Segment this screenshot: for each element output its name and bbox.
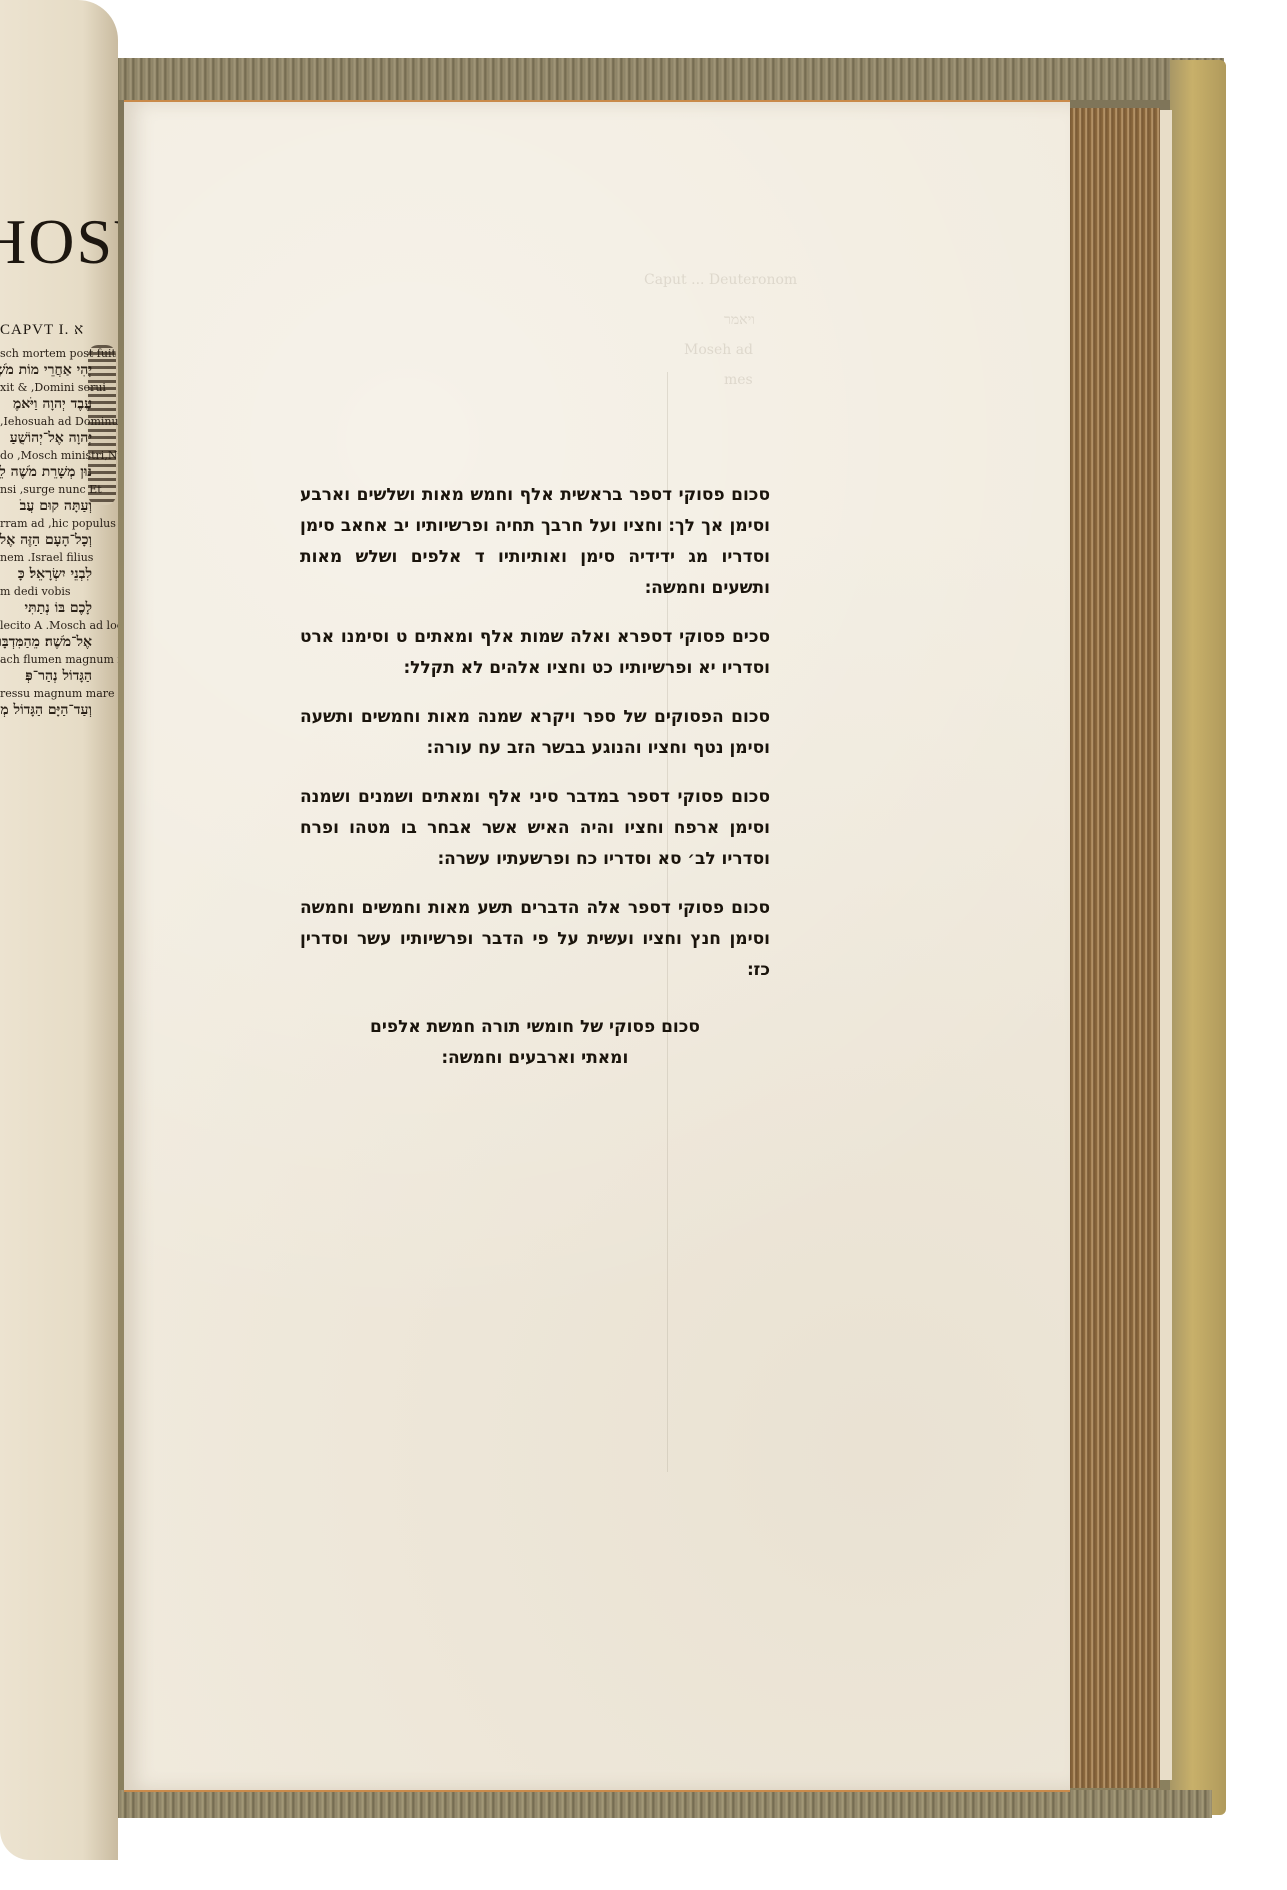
latin-line: nem .Israel filius — [0, 549, 92, 566]
text-line: סכום הפסוקים של ספר ויקרא שמנה מאות וחמש… — [361, 707, 770, 727]
hebrew-line: וְעַד־הַיָּם הַגָּדוֹל מְבוֹא — [0, 702, 92, 719]
hebrew-line: לִבְנֵי יִשְׂרָאֵל׃ כָּ — [0, 566, 92, 583]
bleed-through-mark: Moseh ad — [684, 342, 753, 358]
bleed-through-mark: mes — [724, 372, 753, 388]
endpaper-edge — [1160, 110, 1172, 1780]
page-fore-edge — [1070, 108, 1160, 1788]
hebrew-line: נוּן מְשָׁרֵת מֹשֶׁה לֵאמֹ — [0, 464, 92, 481]
hebrew-line: לָכֶם בּוֹ נְתַתִּי — [0, 600, 92, 617]
left-facing-page: HOSVA CAPVT I. א sch mortem post fuit יְ… — [0, 0, 118, 1860]
masoretic-summary: סכום פסוקי דספר בראשית אלף וחמש מאות ושל… — [300, 480, 770, 1092]
hebrew-line: הַגָּדוֹל נְהַר־פְּ — [0, 668, 92, 685]
latin-line: do ,Mosch ministri,Nun — [0, 447, 92, 464]
latin-line: m dedi vobis — [0, 583, 92, 600]
paragraph-genesis: סכום פסוקי דספר בראשית אלף וחמש מאות ושל… — [300, 480, 770, 604]
text-line: ומאתי וארבעים וחמשה׃ — [442, 1048, 629, 1068]
bilingual-text-column: sch mortem post fuit יְהִי אַחֲרֵי מוֹת … — [0, 345, 92, 719]
book-title-fragment: HOSVA — [0, 205, 118, 279]
latin-line: ressu magnum mare ad vsque & Con — [0, 685, 92, 702]
bleed-through-mark: ויאמר — [724, 312, 755, 329]
book-bottom-edge — [112, 1790, 1212, 1818]
latin-line: nsi ,surge nunc Et — [0, 481, 92, 498]
book-top-edge — [112, 58, 1224, 100]
latin-line: xit & ,Domini serui — [0, 379, 92, 396]
latin-line: ,Iehosuah ad Dominus — [0, 413, 92, 430]
bleed-through-header: Caput ... Deuteronom — [644, 272, 797, 288]
hebrew-line: אֶל־מֹשֶׁה׃ מֵהַמִּדְבָּר — [0, 634, 92, 651]
latin-line: lecito A .Mosch ad locutus — [0, 617, 92, 634]
hebrew-line: יְהוָה אֶל־יְהוֹשֻׁעַ — [0, 430, 92, 447]
paragraph-numbers: סכום פסוקי דספר במדבר סיני אלף ומאתים וש… — [300, 782, 770, 875]
paragraph-torah-total: סכום פסוקי של חומשי תורה חמשת אלפים ומאת… — [300, 1012, 770, 1074]
text-line: סכום פסוקי דספר בראשית אלף וחמש מאות ושל… — [357, 485, 770, 505]
text-line: סכום פסוקי דספר במדבר סיני אלף ומאתים וש… — [358, 787, 770, 807]
text-line: סכום פסוקי של חומשי תורה חמשת אלפים — [370, 1017, 700, 1037]
hebrew-line: עֶבֶד יְהוָה וַיֹּאמֶ — [0, 396, 92, 413]
text-line: סכים פסוקי דספרא ואלה שמות אלף ומאתים ט … — [341, 627, 770, 647]
latin-line: rram ad ,hic populus omnis — [0, 515, 92, 532]
latin-line: sch mortem post fuit — [0, 345, 92, 362]
latin-line: ach flumen magnum flumenaid — [0, 651, 92, 668]
text-line: סכום פסוקי דספר אלה הדברים תשע מאות וחמש… — [361, 898, 770, 918]
paragraph-deuteronomy: סכום פסוקי דספר אלה הדברים תשע מאות וחמש… — [300, 893, 770, 986]
hebrew-line: יְהִי אַחֲרֵי מוֹת מֹשֶׁ — [0, 362, 92, 379]
paragraph-exodus: סכים פסוקי דספרא ואלה שמות אלף ומאתים ט … — [300, 622, 770, 684]
paragraph-leviticus: סכום הפסוקים של ספר ויקרא שמנה מאות וחמש… — [300, 702, 770, 764]
hebrew-line: וְכָל־הָעָם הַזֶּה אֶל־הָאָ — [0, 532, 92, 549]
chapter-heading: CAPVT I. א — [0, 322, 84, 339]
hebrew-line: וְעַתָּה קוּם עֲבֹ — [0, 498, 92, 515]
book-spine-edge-gilt — [1170, 60, 1226, 1815]
